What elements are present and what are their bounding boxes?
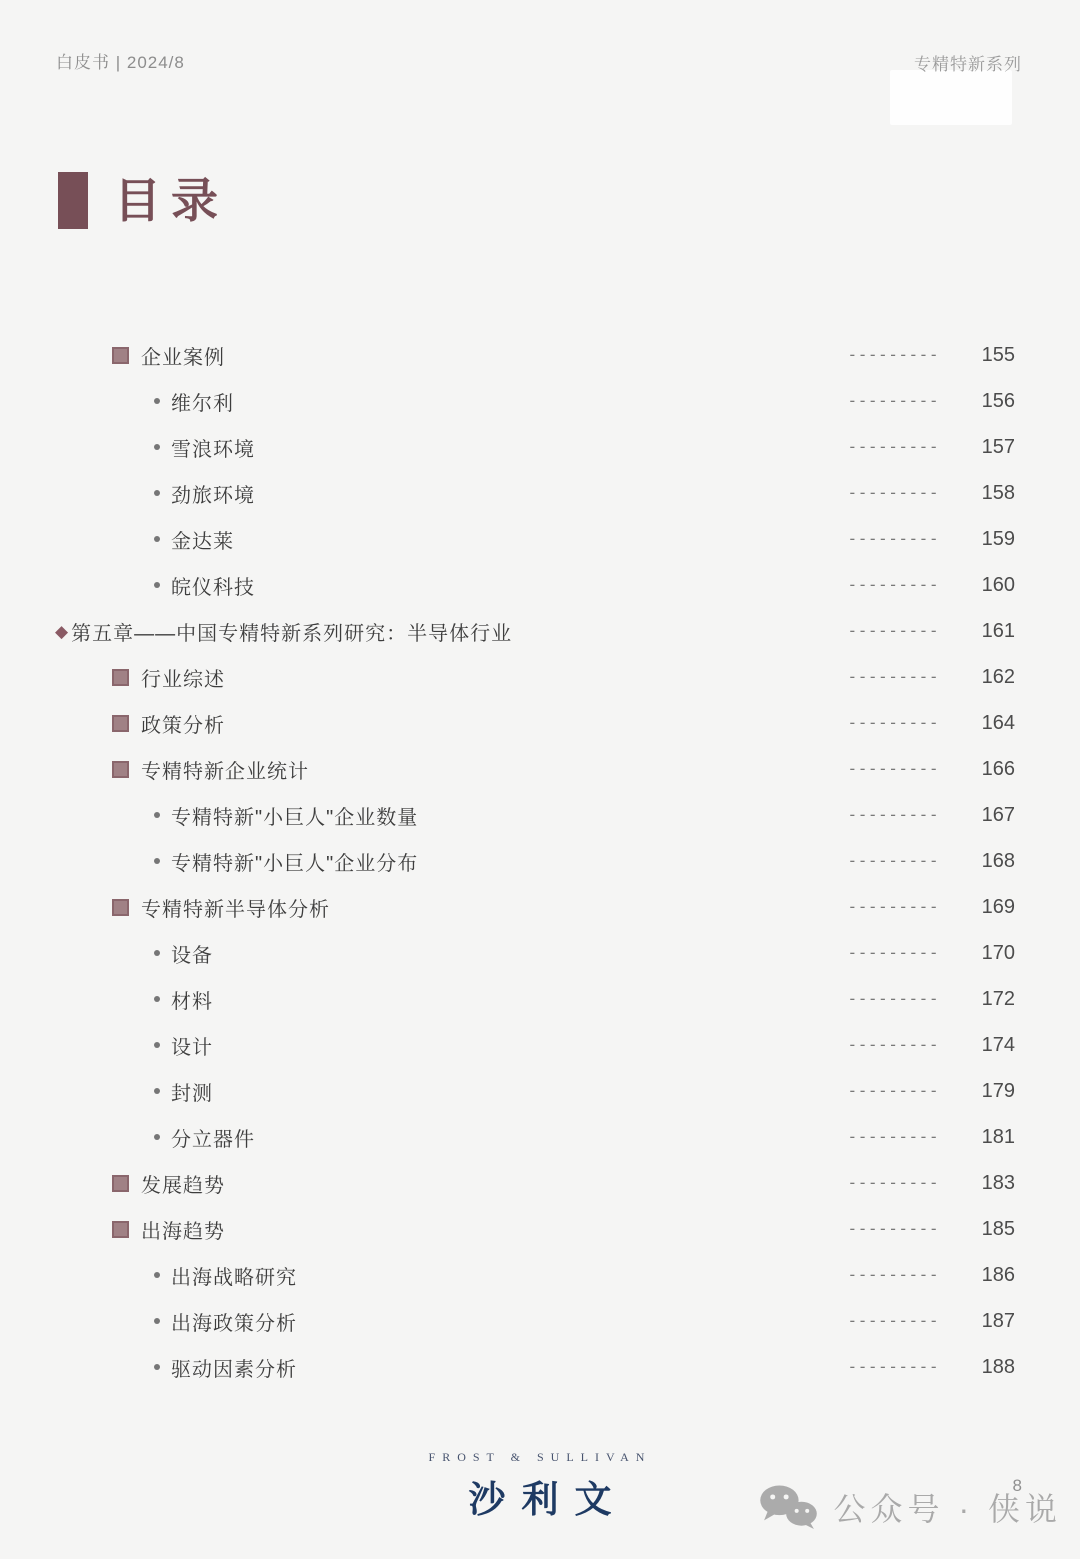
toc-leader: --------- (850, 1357, 941, 1377)
toc-row: ◆ 设计 --------- 174 (0, 1022, 1080, 1068)
toc-leader: --------- (850, 1081, 941, 1101)
toc-row: ◆ 封测 --------- 179 (0, 1068, 1080, 1114)
toc-leader: --------- (850, 851, 941, 871)
toc-page-number[interactable]: 188 (967, 1356, 1015, 1379)
toc-entry-label[interactable]: 发展趋势 (141, 1169, 225, 1198)
watermark-text: 公众号 · 侠说 (834, 1484, 1062, 1530)
toc-row: ◆ 雪浪环境 --------- 157 (0, 424, 1080, 470)
toc-row: ◆ 专精特新"小巨人"企业数量 --------- 167 (0, 792, 1080, 838)
toc-page-number[interactable]: 160 (967, 574, 1015, 597)
toc-entry-label[interactable]: 专精特新企业统计 (141, 755, 309, 784)
toc-entry-label[interactable]: 企业案例 (141, 341, 225, 370)
toc-leader: --------- (850, 529, 941, 549)
dot-bullet-icon (154, 490, 160, 496)
square-bullet-icon (112, 1175, 129, 1192)
toc-entry-label[interactable]: 封测 (171, 1077, 213, 1106)
toc-page: 白皮书 | 2024/8 专精特新系列 目录 ◆ 企业案例 --------- … (0, 0, 1080, 1559)
dot-bullet-icon (154, 996, 160, 1002)
toc-page-number[interactable]: 156 (967, 390, 1015, 413)
toc-leader: --------- (850, 621, 941, 641)
toc-page-number[interactable]: 155 (967, 344, 1015, 367)
toc-leader: --------- (850, 1219, 941, 1239)
toc-entry-label[interactable]: 设备 (171, 939, 213, 968)
toc-row: ◆ 出海政策分析 --------- 187 (0, 1298, 1080, 1344)
header-document-type: 白皮书 | 2024/8 (56, 48, 185, 73)
toc-entry-label[interactable]: 金达莱 (171, 525, 234, 554)
toc-entry-label[interactable]: 政策分析 (141, 709, 225, 738)
toc-row: ◆ 专精特新企业统计 --------- 166 (0, 746, 1080, 792)
toc-entry-label[interactable]: 行业综述 (141, 663, 225, 692)
header-series-label: 专精特新系列 (914, 50, 1022, 75)
wechat-icon (758, 1484, 820, 1530)
square-bullet-icon (112, 669, 129, 686)
toc-row: ◆ 维尔利 --------- 156 (0, 378, 1080, 424)
toc-entry-label[interactable]: 专精特新"小巨人"企业数量 (171, 801, 418, 830)
toc-page-number[interactable]: 169 (967, 896, 1015, 919)
toc-list: ◆ 企业案例 --------- 155 ◆ 维尔利 --------- 156… (0, 332, 1080, 1390)
toc-entry-label[interactable]: 出海战略研究 (171, 1261, 297, 1290)
dot-bullet-icon (154, 1042, 160, 1048)
toc-leader: --------- (850, 1311, 941, 1331)
toc-page-number[interactable]: 164 (967, 712, 1015, 735)
toc-leader: --------- (850, 345, 941, 365)
square-bullet-icon (112, 761, 129, 778)
toc-row: ◆ 金达莱 --------- 159 (0, 516, 1080, 562)
toc-entry-label[interactable]: 第五章——中国专精特新系列研究：半导体行业 (71, 617, 512, 646)
toc-page-number[interactable]: 174 (967, 1034, 1015, 1057)
toc-page-number[interactable]: 166 (967, 758, 1015, 781)
toc-row: ◆ 分立器件 --------- 181 (0, 1114, 1080, 1160)
toc-leader: --------- (850, 1173, 941, 1193)
dot-bullet-icon (154, 444, 160, 450)
toc-leader: --------- (850, 667, 941, 687)
toc-leader: --------- (850, 805, 941, 825)
toc-leader: --------- (850, 575, 941, 595)
toc-page-number[interactable]: 159 (967, 528, 1015, 551)
toc-row: ◆ 劲旅环境 --------- 158 (0, 470, 1080, 516)
toc-row: ◆ 皖仪科技 --------- 160 (0, 562, 1080, 608)
toc-leader: --------- (850, 943, 941, 963)
toc-leader: --------- (850, 759, 941, 779)
toc-page-number[interactable]: 187 (967, 1310, 1015, 1333)
square-bullet-icon (112, 347, 129, 364)
toc-page-number[interactable]: 179 (967, 1080, 1015, 1103)
square-bullet-icon (112, 715, 129, 732)
toc-row: ◆ 第五章——中国专精特新系列研究：半导体行业 --------- 161 (0, 608, 1080, 654)
frost-sullivan-wordmark: FROST & SULLIVAN (0, 1450, 1080, 1465)
toc-row: ◆ 政策分析 --------- 164 (0, 700, 1080, 746)
diamond-bullet-icon: ◆ (55, 623, 68, 640)
toc-entry-label[interactable]: 材料 (171, 985, 213, 1014)
toc-page-number[interactable]: 161 (967, 620, 1015, 643)
toc-leader: --------- (850, 1035, 941, 1055)
toc-page-number[interactable]: 167 (967, 804, 1015, 827)
toc-entry-label[interactable]: 出海趋势 (141, 1215, 225, 1244)
toc-page-number[interactable]: 168 (967, 850, 1015, 873)
toc-row: ◆ 设备 --------- 170 (0, 930, 1080, 976)
dot-bullet-icon (154, 398, 160, 404)
dot-bullet-icon (154, 1272, 160, 1278)
toc-leader: --------- (850, 391, 941, 411)
toc-page-number[interactable]: 172 (967, 988, 1015, 1011)
toc-leader: --------- (850, 989, 941, 1009)
toc-entry-label[interactable]: 驱动因素分析 (171, 1353, 297, 1382)
dot-bullet-icon (154, 950, 160, 956)
toc-row: ◆ 材料 --------- 172 (0, 976, 1080, 1022)
toc-entry-label[interactable]: 专精特新"小巨人"企业分布 (171, 847, 418, 876)
toc-page-number[interactable]: 158 (967, 482, 1015, 505)
wechat-watermark: 公众号 · 侠说 (758, 1484, 1062, 1530)
toc-entry-label[interactable]: 出海政策分析 (171, 1307, 297, 1336)
square-bullet-icon (112, 1221, 129, 1238)
toc-page-number[interactable]: 186 (967, 1264, 1015, 1287)
title-accent-bar (58, 172, 88, 229)
toc-row: ◆ 企业案例 --------- 155 (0, 332, 1080, 378)
dot-bullet-icon (154, 582, 160, 588)
toc-page-number[interactable]: 162 (967, 666, 1015, 689)
toc-leader: --------- (850, 897, 941, 917)
toc-row: ◆ 出海战略研究 --------- 186 (0, 1252, 1080, 1298)
toc-row: ◆ 驱动因素分析 --------- 188 (0, 1344, 1080, 1390)
dot-bullet-icon (154, 536, 160, 542)
toc-page-number[interactable]: 181 (967, 1126, 1015, 1149)
dot-bullet-icon (154, 1134, 160, 1140)
toc-row: ◆ 行业综述 --------- 162 (0, 654, 1080, 700)
toc-entry-label[interactable]: 分立器件 (171, 1123, 255, 1152)
toc-leader: --------- (850, 713, 941, 733)
toc-leader: --------- (850, 1127, 941, 1147)
toc-page-number[interactable]: 157 (967, 436, 1015, 459)
toc-entry-label[interactable]: 雪浪环境 (171, 433, 255, 462)
toc-row: ◆ 专精特新"小巨人"企业分布 --------- 168 (0, 838, 1080, 884)
dot-bullet-icon (154, 858, 160, 864)
toc-page-number[interactable]: 183 (967, 1172, 1015, 1195)
dot-bullet-icon (154, 1088, 160, 1094)
dot-bullet-icon (154, 1318, 160, 1324)
toc-entry-label[interactable]: 劲旅环境 (171, 479, 255, 508)
toc-row: ◆ 专精特新半导体分析 --------- 169 (0, 884, 1080, 930)
toc-page-number[interactable]: 185 (967, 1218, 1015, 1241)
toc-entry-label[interactable]: 设计 (171, 1031, 213, 1060)
toc-leader: --------- (850, 437, 941, 457)
dot-bullet-icon (154, 812, 160, 818)
toc-entry-label[interactable]: 专精特新半导体分析 (141, 893, 330, 922)
toc-page-number[interactable]: 170 (967, 942, 1015, 965)
header-white-patch (890, 70, 1012, 125)
toc-entry-label[interactable]: 皖仪科技 (171, 571, 255, 600)
toc-row: ◆ 出海趋势 --------- 185 (0, 1206, 1080, 1252)
square-bullet-icon (112, 899, 129, 916)
toc-leader: --------- (850, 1265, 941, 1285)
dot-bullet-icon (154, 1364, 160, 1370)
page-title: 目录 (114, 177, 228, 224)
toc-entry-label[interactable]: 维尔利 (171, 387, 234, 416)
toc-leader: --------- (850, 483, 941, 503)
page-title-block: 目录 (58, 172, 228, 229)
toc-row: ◆ 发展趋势 --------- 183 (0, 1160, 1080, 1206)
